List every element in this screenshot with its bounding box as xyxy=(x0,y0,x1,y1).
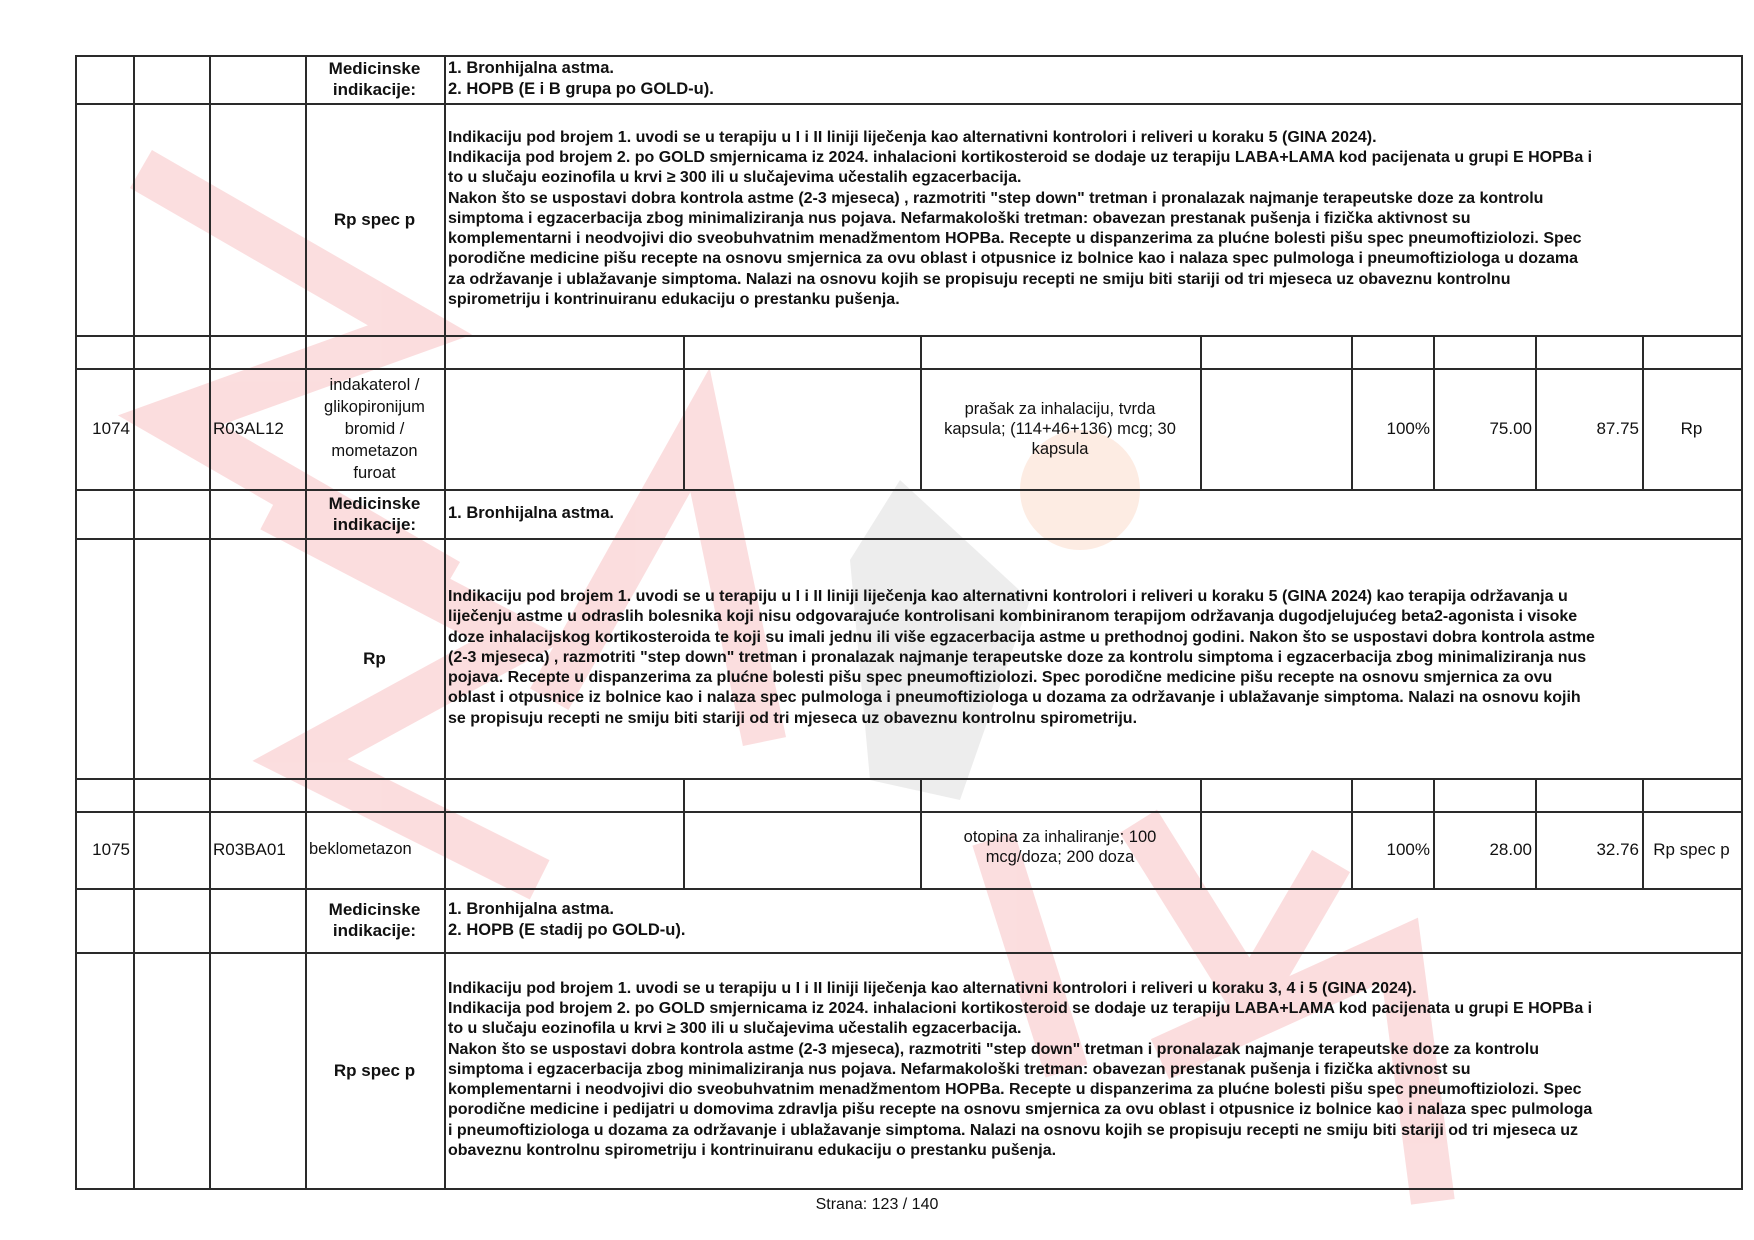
indication-item: 2. HOPB (E i B grupa po GOLD-u). xyxy=(448,79,714,100)
indications-label: Medicinske indikacije: xyxy=(305,888,444,952)
notes-line: Indikaciju pod brojem 1. uvodi se u tera… xyxy=(448,128,1592,148)
text-line: bromid / xyxy=(345,418,405,440)
notes-paragraph: Indikaciju pod brojem 1. uvodi se u tera… xyxy=(444,103,1741,335)
grid-vline xyxy=(1200,335,1202,491)
notes-line: komplementarni i neodvojivi dio sveobuhv… xyxy=(448,1080,1592,1100)
notes-paragraph: Indikaciju pod brojem 1. uvodi se u tera… xyxy=(444,538,1741,778)
regime-label: Rp spec p xyxy=(305,952,444,1188)
label-line: Medicinske xyxy=(329,899,421,920)
pharmaceutical-form: prašak za inhalaciju, tvrdakapsula; (114… xyxy=(920,368,1200,489)
prescription-regime: Rp spec p xyxy=(1642,811,1741,888)
atc-code: R03AL12 xyxy=(209,368,305,489)
regime-text: Rp spec p xyxy=(334,210,415,229)
reference-price-text: 75.00 xyxy=(1489,419,1532,438)
notes-line: doze inhalacijskog kortikosteroida te ko… xyxy=(448,628,1595,648)
drug-number-text: 1074 xyxy=(92,419,130,438)
indications-list: 1. Bronhijalna astma. xyxy=(444,489,1741,538)
grid-vline xyxy=(1741,55,1743,1190)
label-line: indikacije: xyxy=(333,920,416,941)
drug-number: 1075 xyxy=(75,811,133,888)
prescription-text: Rp xyxy=(1681,419,1703,438)
retail-price: 87.75 xyxy=(1535,368,1642,489)
text-line: kapsula; (114+46+136) mcg; 30 xyxy=(944,419,1176,439)
regime-text: Rp xyxy=(363,649,386,668)
notes-line: pojava. Recepte u dispanzerima za plućne… xyxy=(448,668,1595,688)
text-line: mometazon xyxy=(331,440,417,462)
notes-line: liječenju astme u odraslih bolesnika koj… xyxy=(448,607,1595,627)
grid-vline xyxy=(209,55,211,1190)
notes-line: komplementarni i neodvojivi dio sveobuhv… xyxy=(448,229,1592,249)
drug-name: beklometazon xyxy=(305,811,444,888)
notes-line: obaveznu kontrolnu spirometriju i kontri… xyxy=(448,1141,1592,1161)
indications-label: Medicinske indikacije: xyxy=(305,55,444,103)
notes-line: Indikacija pod brojem 2. po GOLD smjerni… xyxy=(448,999,1592,1019)
prescription-text: Rp spec p xyxy=(1653,840,1730,859)
text-line: indakaterol / xyxy=(330,374,420,396)
grid-hline xyxy=(75,1188,1743,1190)
regime-label: Rp spec p xyxy=(305,103,444,335)
notes-line: to u slučaju eozinofila u krvi ≥ 300 ili… xyxy=(448,1019,1592,1039)
regime-label: Rp xyxy=(305,538,444,778)
notes-line: Indikaciju pod brojem 1. uvodi se u tera… xyxy=(448,979,1592,999)
label-line: indikacije: xyxy=(333,514,416,535)
text-line: glikopironijum xyxy=(324,396,425,418)
notes-line: Nakon što se uspostavi dobra kontrola as… xyxy=(448,189,1592,209)
label-line: Medicinske xyxy=(329,493,421,514)
regime-text: Rp spec p xyxy=(334,1061,415,1080)
notes-line: (2-3 mjeseca) , razmotriti "step down" t… xyxy=(448,648,1595,668)
notes-line: za održavanje i ublažavanje simptoma. Na… xyxy=(448,270,1592,290)
reference-price-text: 28.00 xyxy=(1489,840,1532,859)
participation-text: 100% xyxy=(1387,840,1430,859)
text-line: furoat xyxy=(353,462,395,484)
retail-price: 32.76 xyxy=(1535,811,1642,888)
atc-code-text: R03AL12 xyxy=(213,419,284,438)
notes-paragraph: Indikaciju pod brojem 1. uvodi se u tera… xyxy=(444,952,1741,1188)
indications-list: 1. Bronhijalna astma. 2. HOPB (E stadij … xyxy=(444,888,1741,952)
atc-code-text: R03BA01 xyxy=(213,840,286,859)
indication-item: 1. Bronhijalna astma. xyxy=(448,503,614,524)
grid-vline xyxy=(1200,778,1202,890)
label-line: Medicinske xyxy=(329,58,421,79)
notes-line: se propisuju recepti ne smiju biti stari… xyxy=(448,709,1595,729)
indications-label: Medicinske indikacije: xyxy=(305,489,444,538)
drug-name: indakaterol /glikopironijumbromid /momet… xyxy=(305,368,444,489)
notes-line: porodične medicine i pedijatri u domovim… xyxy=(448,1100,1592,1120)
text-line: beklometazon xyxy=(309,840,412,859)
notes-line: simptoma i egzacerbacija zbog minimalizi… xyxy=(448,1060,1592,1080)
participation-percent: 100% xyxy=(1351,368,1433,489)
notes-line: Indikacija pod brojem 2. po GOLD smjerni… xyxy=(448,148,1592,168)
grid-vline xyxy=(75,55,77,1190)
grid-vline xyxy=(683,335,685,491)
indication-item: 2. HOPB (E stadij po GOLD-u). xyxy=(448,920,685,941)
notes-line: Indikaciju pod brojem 1. uvodi se u tera… xyxy=(448,587,1595,607)
indications-list: 1. Bronhijalna astma. 2. HOPB (E i B gru… xyxy=(444,55,1741,103)
text-line: mcg/doza; 200 doza xyxy=(986,847,1135,867)
retail-price-text: 32.76 xyxy=(1596,840,1639,859)
label-line: indikacije: xyxy=(333,79,416,100)
drug-number-text: 1075 xyxy=(92,840,130,859)
atc-code: R03BA01 xyxy=(209,811,305,888)
notes-line: simptoma i egzacerbacija zbog minimalizi… xyxy=(448,209,1592,229)
page-number: Strana: 123 / 140 xyxy=(0,1196,1754,1214)
reference-price: 28.00 xyxy=(1433,811,1535,888)
text-line: prašak za inhalaciju, tvrda xyxy=(965,399,1156,419)
indication-item: 1. Bronhijalna astma. xyxy=(448,58,614,79)
participation-percent: 100% xyxy=(1351,811,1433,888)
notes-line: spirometriju i kontrinuiranu edukaciju o… xyxy=(448,290,1592,310)
grid-hline xyxy=(75,778,1743,780)
reference-price: 75.00 xyxy=(1433,368,1535,489)
retail-price-text: 87.75 xyxy=(1596,419,1639,438)
indication-item: 1. Bronhijalna astma. xyxy=(448,899,614,920)
text-line: kapsula xyxy=(1032,439,1089,459)
grid-vline xyxy=(683,778,685,890)
pharmaceutical-form: otopina za inhaliranje; 100mcg/doza; 200… xyxy=(920,811,1200,883)
grid-vline xyxy=(133,55,135,1190)
notes-line: Nakon što se uspostavi dobra kontrola as… xyxy=(448,1040,1592,1060)
prescription-regime: Rp xyxy=(1642,368,1741,489)
notes-line: oblast i otpusnice iz bolnice kao i nala… xyxy=(448,688,1595,708)
notes-line: i pneumoftiziologa u dozama za održavanj… xyxy=(448,1121,1592,1141)
participation-text: 100% xyxy=(1387,419,1430,438)
notes-line: porodične medicine pišu recepte na osnov… xyxy=(448,249,1592,269)
notes-line: to u slučaju eozinofila u krvi ≥ 300 ili… xyxy=(448,168,1592,188)
drug-number: 1074 xyxy=(75,368,133,489)
grid-hline xyxy=(75,335,1743,337)
text-line: otopina za inhaliranje; 100 xyxy=(964,827,1157,847)
